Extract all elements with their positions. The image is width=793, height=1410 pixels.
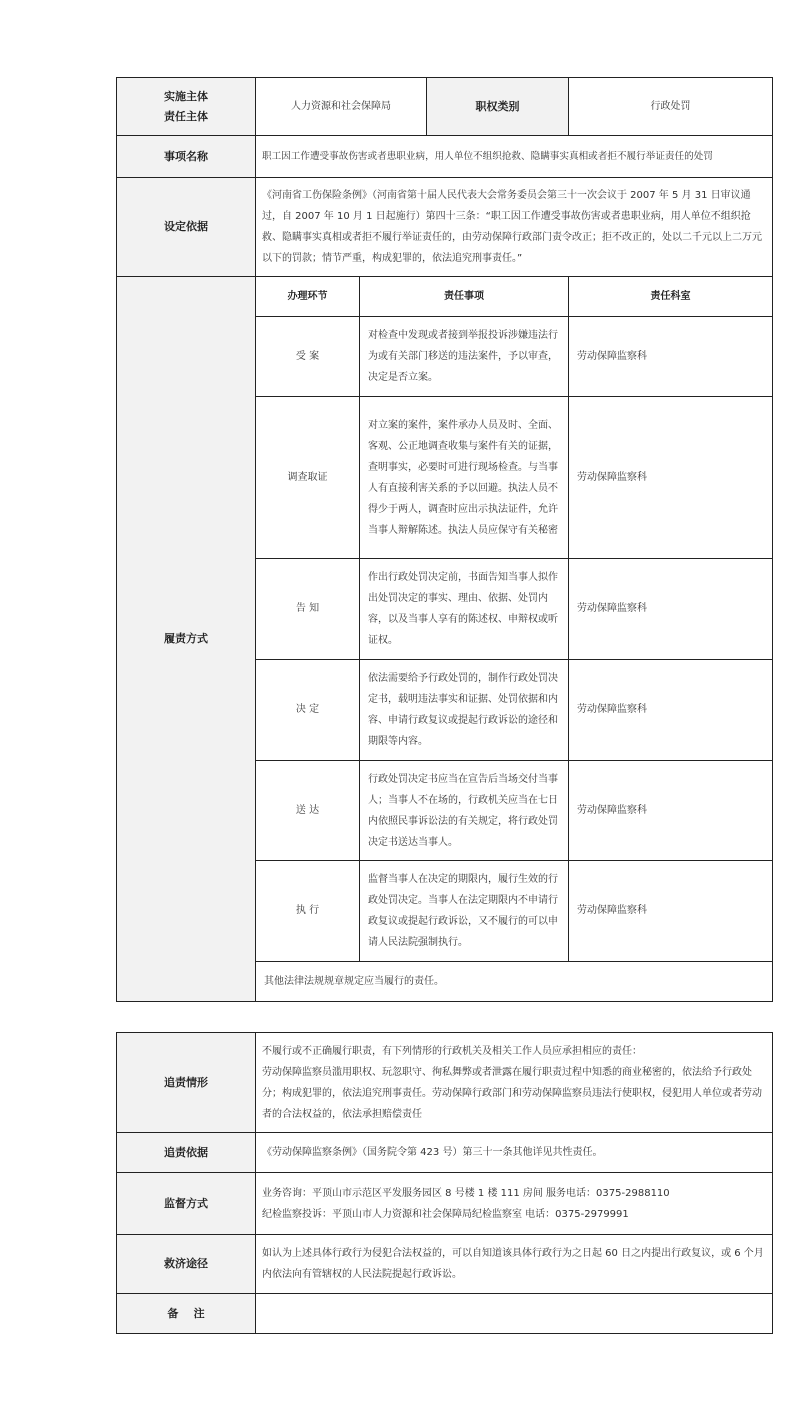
supervision-label: 监督方式 <box>117 1173 256 1235</box>
duty-header-row: 履责方式 办理环节 责任事项 责任科室 <box>117 277 773 317</box>
header-matter: 责任事项 <box>360 277 569 317</box>
duty-matter: 作出行政处罚决定前，书面告知当事人拟作出处罚决定的事实、理由、依据、处罚内容，以… <box>360 559 569 660</box>
duty-stage: 受 案 <box>256 317 360 397</box>
duty-stage: 决 定 <box>256 660 360 761</box>
category-label: 职权类别 <box>427 78 569 136</box>
remarks-label: 备 注 <box>117 1294 256 1334</box>
duty-stage: 告 知 <box>256 559 360 660</box>
accountability-row: 追责情形 不履行或不正确履行职责，有下列情形的行政机关及相关工作人员应承担相应的… <box>117 1033 773 1133</box>
accountability-basis-row: 追责依据 《劳动保障监察条例》（国务院令第 423 号）第三十一条其他详见共性责… <box>117 1133 773 1173</box>
accountability-basis-value: 《劳动保障监察条例》（国务院令第 423 号）第三十一条其他详见共性责任。 <box>256 1133 773 1173</box>
accountability-basis-label: 追责依据 <box>117 1133 256 1173</box>
duty-matter: 对检查中发现或者接到举报投诉涉嫌违法行为或有关部门移送的违法案件，予以审查，决定… <box>360 317 569 397</box>
basis-value: 《河南省工伤保险条例》（河南省第十届人民代表大会常务委员会第三十一次会议于 20… <box>256 178 773 277</box>
accountability-label: 追责情形 <box>117 1033 256 1133</box>
basis-label: 设定依据 <box>117 178 256 277</box>
header-office: 责任科室 <box>569 277 773 317</box>
accountability-table: 追责情形 不履行或不正确履行职责，有下列情形的行政机关及相关工作人员应承担相应的… <box>116 1032 773 1334</box>
duty-office: 劳动保障监察科 <box>569 761 773 861</box>
category-value: 行政处罚 <box>569 78 773 136</box>
duty-footer: 其他法律法规规章规定应当履行的责任。 <box>256 962 773 1002</box>
duty-matter: 监督当事人在决定的期限内，履行生效的行政处罚决定。当事人在法定期限内不申请行政复… <box>360 861 569 962</box>
item-name-value: 职工因工作遭受事故伤害或者患职业病，用人单位不组织抢救、隐瞒事实真相或者拒不履行… <box>256 136 773 178</box>
remedy-label: 救济途径 <box>117 1235 256 1294</box>
remedy-row: 救济途径 如认为上述具体行政行为侵犯合法权益的，可以自知道该具体行政行为之日起 … <box>117 1235 773 1294</box>
supervision-row: 监督方式 业务咨询：平顶山市示范区平发服务园区 8 号楼 1 楼 111 房间 … <box>117 1173 773 1235</box>
basis-row: 设定依据 《河南省工伤保险条例》（河南省第十届人民代表大会常务委员会第三十一次会… <box>117 178 773 277</box>
item-name-row: 事项名称 职工因工作遭受事故伤害或者患职业病，用人单位不组织抢救、隐瞒事实真相或… <box>117 136 773 178</box>
supervision-value: 业务咨询：平顶山市示范区平发服务园区 8 号楼 1 楼 111 房间 服务电话：… <box>256 1173 773 1235</box>
supervision-line-consult: 业务咨询：平顶山市示范区平发服务园区 8 号楼 1 楼 111 房间 服务电话：… <box>262 1183 766 1204</box>
implementer-row: 实施主体 责任主体 人力资源和社会保障局 职权类别 行政处罚 <box>117 78 773 136</box>
implementer-label-line-2: 责任主体 <box>117 107 255 127</box>
duty-office: 劳动保障监察科 <box>569 559 773 660</box>
duty-office: 劳动保障监察科 <box>569 397 773 559</box>
responsibility-table: 实施主体 责任主体 人力资源和社会保障局 职权类别 行政处罚 事项名称 职工因工… <box>116 77 773 1002</box>
duty-stage: 送 达 <box>256 761 360 861</box>
header-stage: 办理环节 <box>256 277 360 317</box>
implementer-label-line-1: 实施主体 <box>117 87 255 107</box>
remarks-value <box>256 1294 773 1334</box>
duty-office: 劳动保障监察科 <box>569 660 773 761</box>
supervision-line-complaint: 纪检监察投诉：平顶山市人力资源和社会保障局纪检监察室 电话：0375-29799… <box>262 1204 766 1225</box>
duty-matter: 对立案的案件，案件承办人员及时、全面、客观、公正地调查收集与案件有关的证据，查明… <box>360 397 569 559</box>
remedy-value: 如认为上述具体行政行为侵犯合法权益的，可以自知道该具体行政行为之日起 60 日之… <box>256 1235 773 1294</box>
accountability-value: 不履行或不正确履行职责，有下列情形的行政机关及相关工作人员应承担相应的责任： 劳… <box>256 1033 773 1133</box>
duty-matter: 行政处罚决定书应当在宣告后当场交付当事人；当事人不在场的，行政机关应当在七日内依… <box>360 761 569 861</box>
implementer-label: 实施主体 责任主体 <box>117 78 256 136</box>
duty-stage: 执 行 <box>256 861 360 962</box>
duty-office: 劳动保障监察科 <box>569 861 773 962</box>
duty-office: 劳动保障监察科 <box>569 317 773 397</box>
duty-label: 履责方式 <box>117 277 256 1002</box>
remarks-row: 备 注 <box>117 1294 773 1334</box>
duty-matter: 依法需要给予行政处罚的，制作行政处罚决定书，载明违法事实和证据、处罚依据和内容、… <box>360 660 569 761</box>
duty-stage: 调查取证 <box>256 397 360 559</box>
accountability-line: 不履行或不正确履行职责，有下列情形的行政机关及相关工作人员应承担相应的责任： <box>262 1041 766 1062</box>
implementer-value: 人力资源和社会保障局 <box>256 78 427 136</box>
accountability-line: 劳动保障监察员滥用职权、玩忽职守、徇私舞弊或者泄露在履行职责过程中知悉的商业秘密… <box>262 1062 766 1125</box>
item-name-label: 事项名称 <box>117 136 256 178</box>
